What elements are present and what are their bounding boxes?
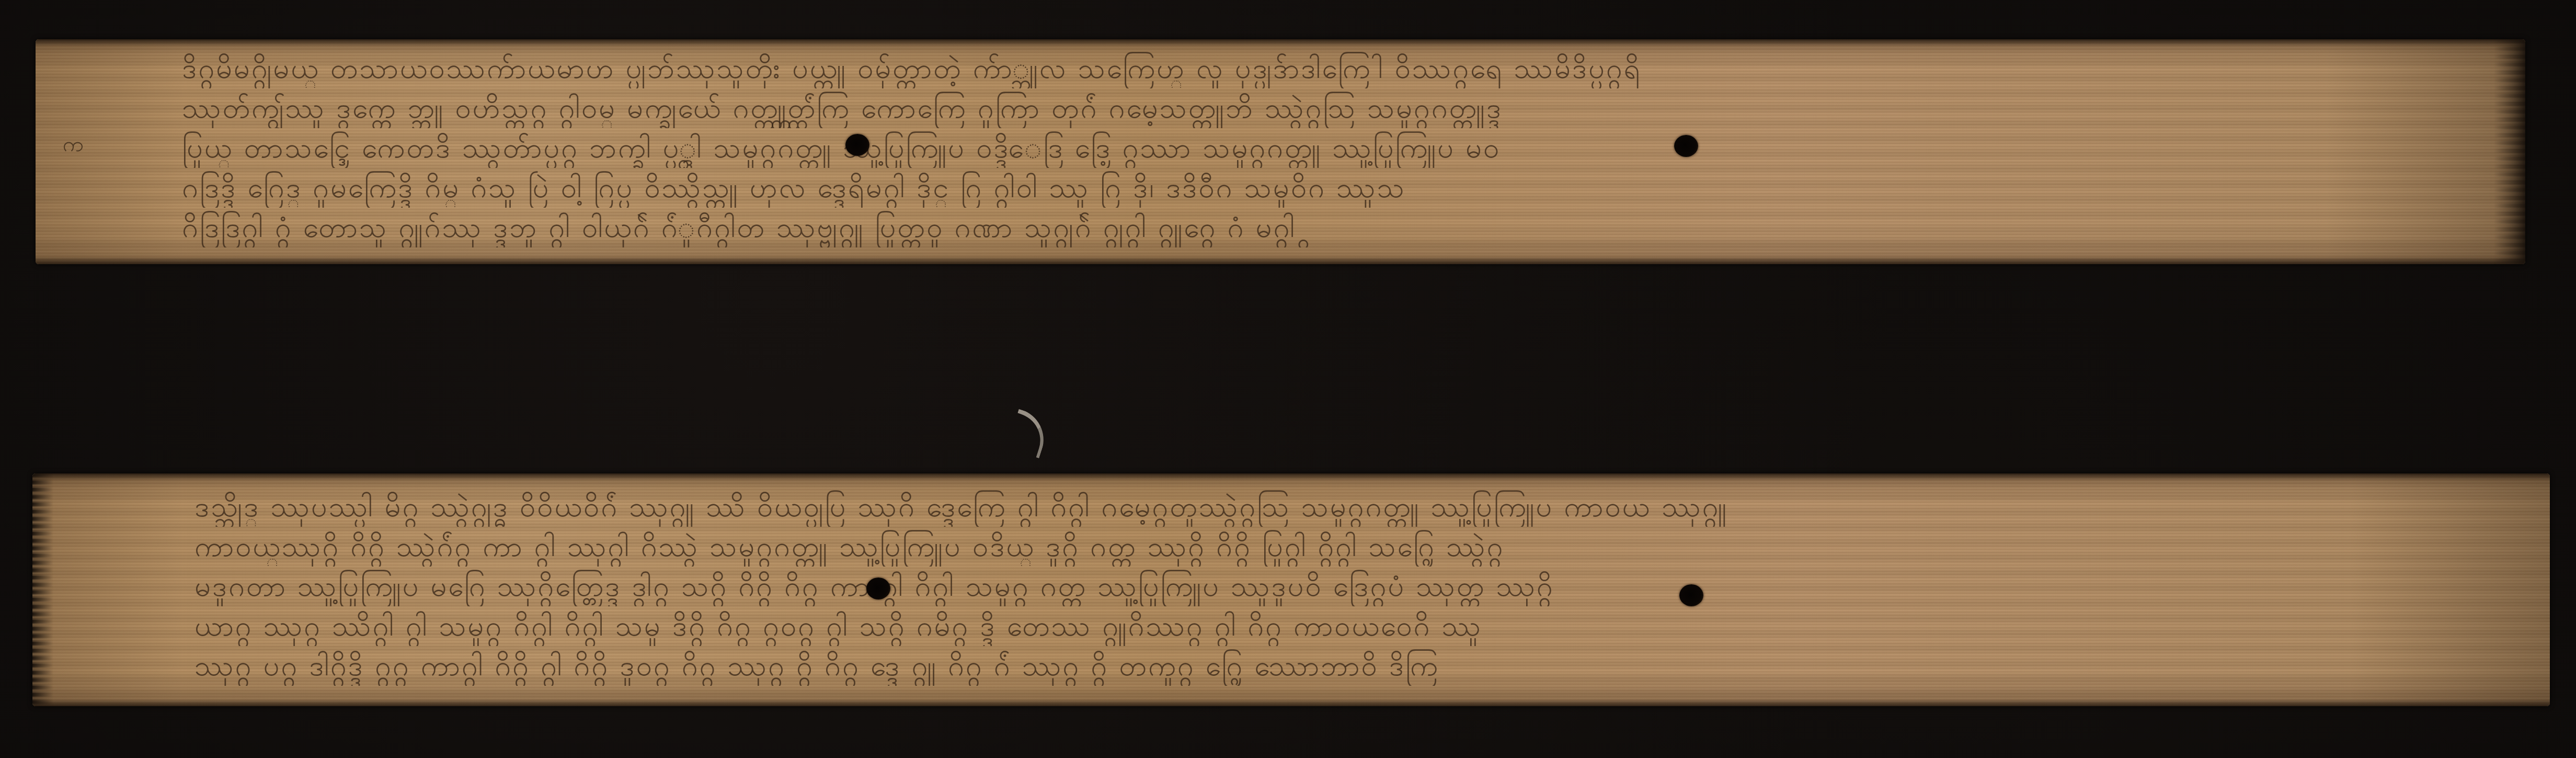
text-line: ဂိဒြဒြဂ္ဂါ ဂ္ဂံ တောသူ ဂ္ဂူဂ်ဿု ဒ္ဒဘူ ဂ္ဂ…	[182, 208, 2493, 247]
string-hole	[866, 578, 890, 599]
manuscript-text: ဒိဂ္ဂမိမဂ္ဂိုမယ္ တသာယဝဿက်ာယမာဟ ပ္ပုဘ်ဿုသ…	[182, 49, 2493, 247]
text-line: ဂဒြဒ္ဒိ ဂြေဒ္ ဂူမကြေဒ္ဒိ ဂိမ္ ဂံသူ ပြဲ ဝ…	[182, 168, 2493, 208]
leaf-edge	[32, 473, 2550, 481]
fiber-debris	[1006, 409, 1052, 459]
leaf-ragged-edge	[2494, 39, 2525, 264]
leaf-edge	[32, 699, 2550, 706]
text-line: ကာဝယ္ဿုဂ္ဂိ ဂိဂ္ဂိ ဿွဲဂ်ံဂ္ဂ ကာ ဂ္ဂါ ဿုဂ…	[194, 527, 2364, 567]
leaf-edge	[36, 39, 2525, 47]
string-hole	[1679, 584, 1703, 606]
text-line: ဿုဂ္ဂ ပဂ္ဂ ဒါဂ္ဂိဒ္ဒိ ဂ္ဂဂ္ဂ ကာဂ္ဂါ ဂိဂ္…	[194, 646, 2364, 686]
text-line: မဒူဂတာ ဿူ့ပြုကြူပ မဂြေ ဿုဂ္ဂိတ္တြေဒ္ဒ ဒွ…	[194, 567, 2364, 606]
leaf-edge	[36, 257, 2525, 264]
text-line: ယာဂ္ဂ ဿုဂ္ဂ ဿိဂ္ဂါ ဂ္ဂါ သမူဂ္ဂ ဂိဂ္ဂါ ဂိ…	[194, 606, 2364, 646]
upper-palm-leaf: က ဒိဂ္ဂမိမဂ္ဂိုမယ္ တသာယဝဿက်ာယမာဟ ပ္ပုဘ်ဿ…	[36, 39, 2525, 264]
string-hole	[1674, 135, 1698, 157]
text-line: ဒိဂ္ဂမိမဂ္ဂိုမယ္ တသာယဝဿက်ာယမာဟ ပ္ပုဘ်ဿုသ…	[182, 49, 2493, 88]
leaf-margin-mark: က	[63, 131, 83, 162]
leaf-ragged-edge	[32, 473, 53, 706]
text-line: ပြုယ္ တာသင္ဒြေ ကေတဒိ ဿွတ်ာပ္ပဂ္ဂ ဘက္ခါ ပ…	[182, 128, 2493, 168]
lower-palm-leaf: ဒသ္ဘိုဒ္ ဿုပဿ္ပါ မိဂ္ဂ ဿွဲဂ္ဂုဒ္ဓ ဝိဝိယဝ…	[32, 473, 2550, 706]
text-line: ဿုတ်ကျွ်ဿူ ဒွက္တေ ဘ္ဘူ ဝဟိသ္တဂ္ဂ ဂ္ဂါဝမ္…	[182, 88, 2493, 128]
text-line: ဒသ္ဘိုဒ္ ဿုပဿ္ပါ မိဂ္ဂ ဿွဲဂ္ဂုဒ္ဓ ဝိဝိယဝ…	[194, 487, 2364, 527]
string-hole	[845, 134, 869, 156]
manuscript-text: ဒသ္ဘိုဒ္ ဿုပဿ္ပါ မိဂ္ဂ ဿွဲဂ္ဂုဒ္ဓ ဝိဝိယဝ…	[194, 487, 2364, 686]
